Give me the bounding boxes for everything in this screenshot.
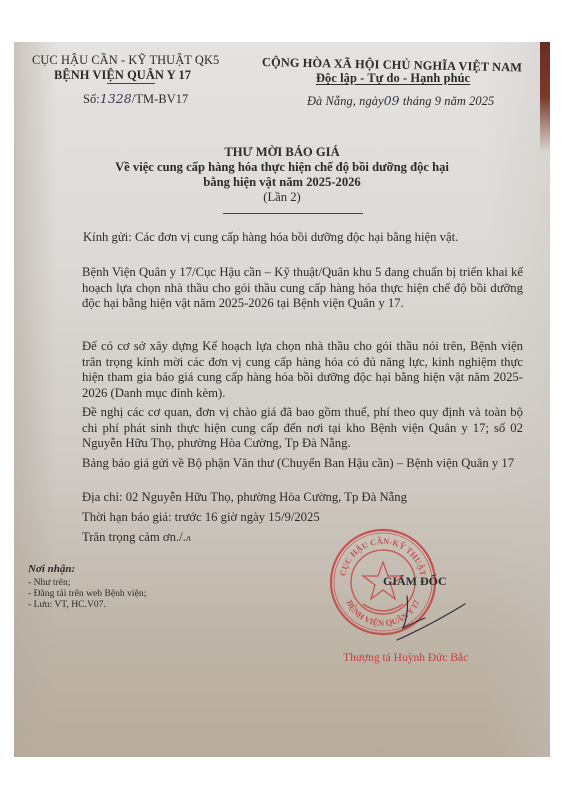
document-subject-line1: Về việc cung cấp hàng hóa thực hiện chế … [14, 160, 550, 175]
date-prefix: Đà Nẵng, ngày [307, 94, 384, 108]
paragraph-pricing: Đề nghị các cơ quan, đơn vị chào giá đã … [55, 405, 523, 452]
background-edge [540, 42, 550, 152]
document-subject-line2: bằng hiện vật năm 2025-2026 [14, 175, 550, 190]
date-day-handwritten: 09 [384, 93, 400, 108]
address-line: Địa chỉ: 02 Nguyễn Hữu Thọ, phường Hòa C… [82, 490, 407, 506]
signer-name: Thượng tá Huỳnh Đức Bắc [343, 652, 468, 664]
paragraph-pricing-text: Đề nghị các cơ quan, đơn vị chào giá đã … [55, 405, 523, 452]
signature-scribble-icon [379, 594, 469, 644]
title-underline [223, 213, 363, 214]
paragraph-intro: Bệnh Viện Quân y 17/Cục Hậu cần – Kỹ thu… [55, 265, 523, 312]
salutation: Kính gửi: Các đơn vị cung cấp hàng hóa b… [83, 230, 458, 246]
doc-number-handwritten: 1328 [100, 91, 132, 106]
doc-number-label: Số: [83, 92, 100, 106]
recipients-list: - Như trên; - Đăng tải trên web Bệnh việ… [28, 577, 146, 611]
document-round: (Lần 2) [14, 190, 550, 205]
date-suffix: tháng 9 năm 2025 [400, 94, 495, 108]
header-agency: CỤC HẬU CẦN - KỸ THUẬT QK5 [32, 53, 219, 68]
header-left-underline [107, 83, 155, 84]
deadline-line: Thời hạn báo giá: trước 16 giờ ngày 15/9… [82, 510, 320, 526]
document-page: CỤC HẬU CẦN - KỸ THUẬT QK5 BỆNH VIỆN QUÂ… [14, 42, 550, 757]
document-date: Đà Nẵng, ngày09 tháng 9 năm 2025 [307, 93, 494, 109]
header-motto: Độc lập - Tự do - Hạnh phúc [316, 71, 470, 86]
paragraph-invitation-text: Để có cơ sở xây dựng Kế hoạch lựa chọn n… [55, 339, 523, 401]
closing-initials: ʌ [186, 534, 191, 544]
recipient-item: - Như trên; [28, 577, 146, 588]
recipient-item: - Đăng tải trên web Bệnh viện; [28, 588, 146, 599]
header-hospital: BỆNH VIỆN QUÂN Y 17 [54, 68, 191, 83]
recipients-heading: Nơi nhận: [28, 563, 75, 575]
recipient-item: - Lưu: VT, HC.V07. [28, 599, 146, 610]
doc-number: Số:1328/TM-BV17 [83, 91, 188, 107]
paragraph-submission: Bảng báo giá gửi về Bộ phận Văn thư (Chu… [55, 456, 523, 472]
header-hospital-text: BỆNH VIỆN QUÂN Y 17 [54, 68, 191, 82]
paragraph-invitation: Để có cơ sở xây dựng Kế hoạch lựa chọn n… [55, 339, 523, 401]
paragraph-intro-text: Bệnh Viện Quân y 17/Cục Hậu cần – Kỹ thu… [55, 265, 523, 312]
closing-line: Trân trọng cảm ơn./.ʌ [82, 530, 191, 548]
signature-position: GIÁM ĐỐC [383, 574, 447, 589]
closing-text: Trân trọng cảm ơn./. [82, 530, 186, 544]
doc-number-suffix: /TM-BV17 [132, 92, 189, 106]
document-title: THƯ MỜI BÁO GIÁ [14, 145, 550, 160]
paragraph-submission-text: Bảng báo giá gửi về Bộ phận Văn thư (Chu… [55, 456, 523, 472]
